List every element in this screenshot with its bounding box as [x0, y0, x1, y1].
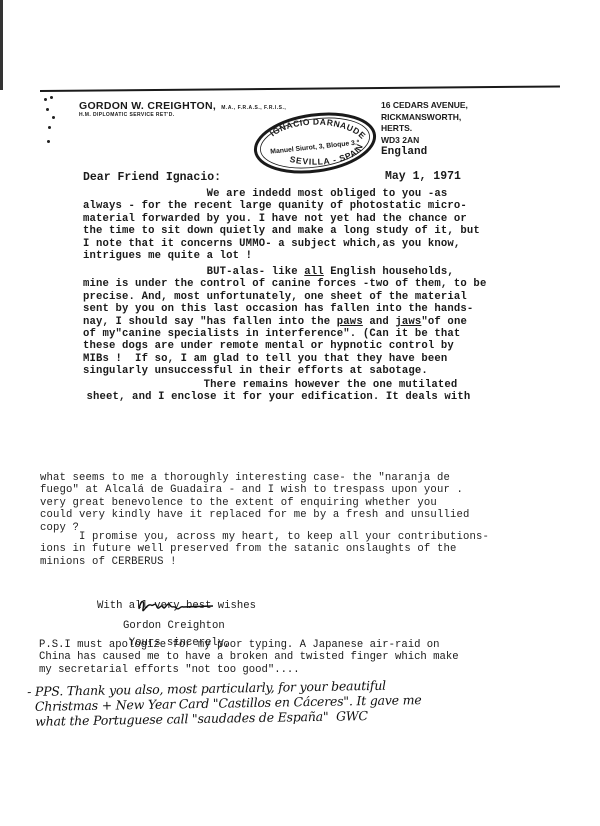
paragraph-naranja-de-fuego: what seems to me a thoroughly interestin…: [40, 472, 469, 534]
paragraph-thanks: We are indedd most obliged to you -as al…: [83, 188, 480, 262]
scan-edge-shadow: [0, 0, 3, 90]
letterhead-name: GORDON W. CREIGHTON, M.A., F.R.A.S., F.R…: [79, 100, 286, 112]
postscript: P.S.I must apologize for my poor typing.…: [39, 639, 459, 676]
underlined-word: all: [304, 266, 324, 278]
text-line: these dogs are under remote mental or hy…: [83, 340, 486, 352]
salutation: Dear Friend Ignacio:: [83, 171, 221, 184]
sender-name: GORDON W. CREIGHTON,: [79, 100, 216, 112]
text-line: sent by you on this last occasion has fa…: [83, 303, 486, 315]
paragraph-canine: BUT-alas- like all English households,mi…: [83, 266, 486, 378]
scan-specks: [42, 96, 62, 146]
text-line: precise. And, most unfortunately, one sh…: [83, 291, 486, 303]
address-line: WD3 2AN: [381, 135, 468, 147]
signer-name: Gordon Creighton: [123, 620, 225, 632]
letter-date: May 1, 1971: [385, 170, 461, 183]
paragraph-mutilated-sheet: There remains however the one mutilated …: [80, 379, 470, 404]
underlined-word: jaws: [395, 316, 421, 328]
text-line: of my"canine specialists in interference…: [83, 328, 486, 340]
letterhead-rule: [40, 85, 560, 92]
stamp-seal-icon: IGNACIO DARNAUDE Manuel Siurot, 3, Bloqu…: [252, 112, 378, 174]
text-line: MIBs ! If so, I am glad to tell you that…: [83, 353, 486, 365]
handwritten-postscript: - PPS. Thank you also, most particularly…: [27, 677, 422, 729]
signature-scribble-icon: [135, 595, 215, 619]
address-line: HERTS.: [381, 123, 468, 135]
handwritten-signature: [135, 595, 215, 619]
underlined-word: paws: [337, 316, 363, 328]
address-country: England: [381, 146, 468, 159]
paragraph-promise: I promise you, across my heart, to keep …: [40, 531, 489, 568]
text-line: mine is under the control of canine forc…: [83, 278, 486, 290]
sender-degrees: M.A., F.R.A.S., F.R.I.S.,: [221, 105, 286, 111]
address-line: RICKMANSWORTH,: [381, 112, 468, 124]
text-line: nay, I should say "has fallen into the p…: [83, 316, 486, 328]
text-line: singularly unsuccessful in their efforts…: [83, 365, 486, 377]
rubber-stamp: IGNACIO DARNAUDE Manuel Siurot, 3, Bloqu…: [252, 112, 378, 174]
address-line: 16 CEDARS AVENUE,: [381, 100, 468, 112]
text-line: BUT-alas- like all English households,: [83, 266, 486, 278]
letterhead-subtitle: H.M. DIPLOMATIC SERVICE RET'D.: [79, 112, 175, 118]
svg-text:IGNACIO DARNAUDE: IGNACIO DARNAUDE: [268, 117, 368, 141]
sender-address: 16 CEDARS AVENUE, RICKMANSWORTH, HERTS. …: [381, 100, 468, 159]
